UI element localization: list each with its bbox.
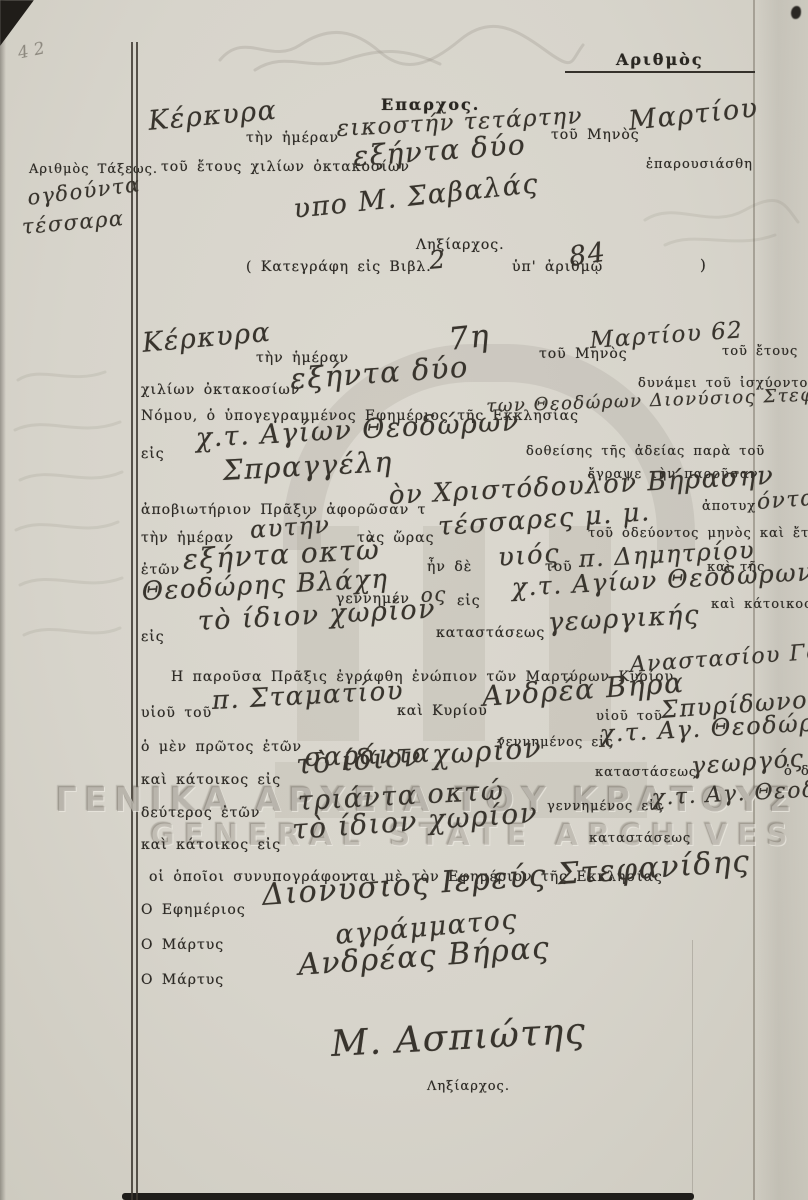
- hw-witness1-residence: τὸ ίδιον χωρίον: [295, 731, 543, 781]
- hw-month-header: Μαρτίου: [627, 92, 760, 136]
- arithmos-label: Αριθμὸς: [616, 50, 704, 69]
- hw-registrar-signature-bottom: Μ. Ασπιώτης: [330, 1011, 587, 1065]
- hw-registrar-signature-top: υπο Μ. Σαβαλάς: [292, 168, 540, 225]
- print-katastaseos-3: καταστάσεως: [589, 831, 691, 846]
- hw-taxeos-line2: τέσσαρα: [21, 206, 125, 239]
- print-chilion-oktakosion: χιλίων ὀκτακοσίων: [141, 382, 300, 398]
- hw-occupation: γεωργικής: [547, 600, 701, 638]
- print-kategrafi: ( Κατεγράφη εἰς Βιβλ.: [246, 259, 432, 275]
- print-apotych: ἀποτυχ: [702, 499, 756, 514]
- print-kai-katoikos-2: καὶ κάτοικος εἰς: [141, 772, 281, 788]
- hw-priest-signature: Διονύσιος Ιερεύς Στεφανίδης: [261, 844, 752, 913]
- print-o-martys-2: Ο Μάρτυς: [141, 972, 224, 988]
- print-close-paren: ): [700, 256, 707, 274]
- print-lixiarchos-bottom: Ληξίαρχος.: [427, 1079, 510, 1094]
- hw-permission-giver: Σπραγγέλη: [222, 445, 394, 487]
- print-o-de: ὁ δὲ: [784, 764, 808, 779]
- print-eis-1: εἰς: [141, 446, 165, 462]
- print-katastaseos-1: καταστάσεως: [436, 625, 545, 641]
- print-eis-3: εἰς: [141, 629, 165, 645]
- print-kai-katoikos-1: καὶ κάτοικος: [711, 597, 808, 612]
- print-dotheisis: δοθείσης τῆς ἀδείας παρὰ τοῦ: [526, 444, 765, 459]
- print-o-men-protos: ὁ μὲν πρῶτος ἐτῶν: [141, 739, 302, 755]
- print-eis-2: εἰς: [457, 593, 481, 609]
- text-layer: 4 2ΑριθμὸςΕπαρχος.Κέρκυρατὴν ἡμέρανεικοσ…: [0, 0, 808, 1200]
- scanned-register-page: ΓΕΝΙΚΑ ΑΡΧΕΙΑ ΤΟΥ ΚΡΑΤΟΥΣ GENERAL STATE …: [0, 0, 808, 1200]
- hw-town-body: Κέρκυρα: [141, 317, 272, 359]
- print-yiou-tou-1: υἱοῦ τοῦ: [141, 705, 212, 721]
- print-o-efimerios: Ο Εφημέριος: [141, 902, 246, 918]
- print-tou-minos-1: τοῦ Μηνὸς: [551, 127, 640, 143]
- hw-month-body: Μαρτίου 62: [589, 317, 744, 354]
- hw-taxeos-line1: ογδούντα: [26, 172, 142, 210]
- print-in-de: ἦν δὲ: [427, 559, 472, 575]
- print-kai-katoikos-3: καὶ κάτοικος εἰς: [141, 837, 281, 853]
- print-gennimenos-eis-2: γεννημένος εἰς: [547, 799, 664, 814]
- print-tin-imeran-1: τὴν ἡμέραν: [246, 130, 339, 146]
- hw-act-number: 84: [567, 237, 608, 273]
- hw-book-number: 2: [428, 244, 448, 274]
- print-deyteros-eton: δεύτερος ἐτῶν: [141, 805, 260, 821]
- print-tou-etous-2: τοῦ ἔτους: [722, 344, 798, 359]
- hw-apotych-ending: όντα: [756, 486, 808, 515]
- print-katastaseos-2: καταστάσεως: [595, 765, 697, 780]
- print-o-martys-1: Ο Μάρτυς: [141, 937, 224, 953]
- pencil-folio-number: 4 2: [16, 38, 47, 63]
- print-eparousiasthi: ἐπαρουσιάσθη: [646, 157, 753, 172]
- print-kai-kyriou: καὶ Κυρίου: [397, 703, 488, 719]
